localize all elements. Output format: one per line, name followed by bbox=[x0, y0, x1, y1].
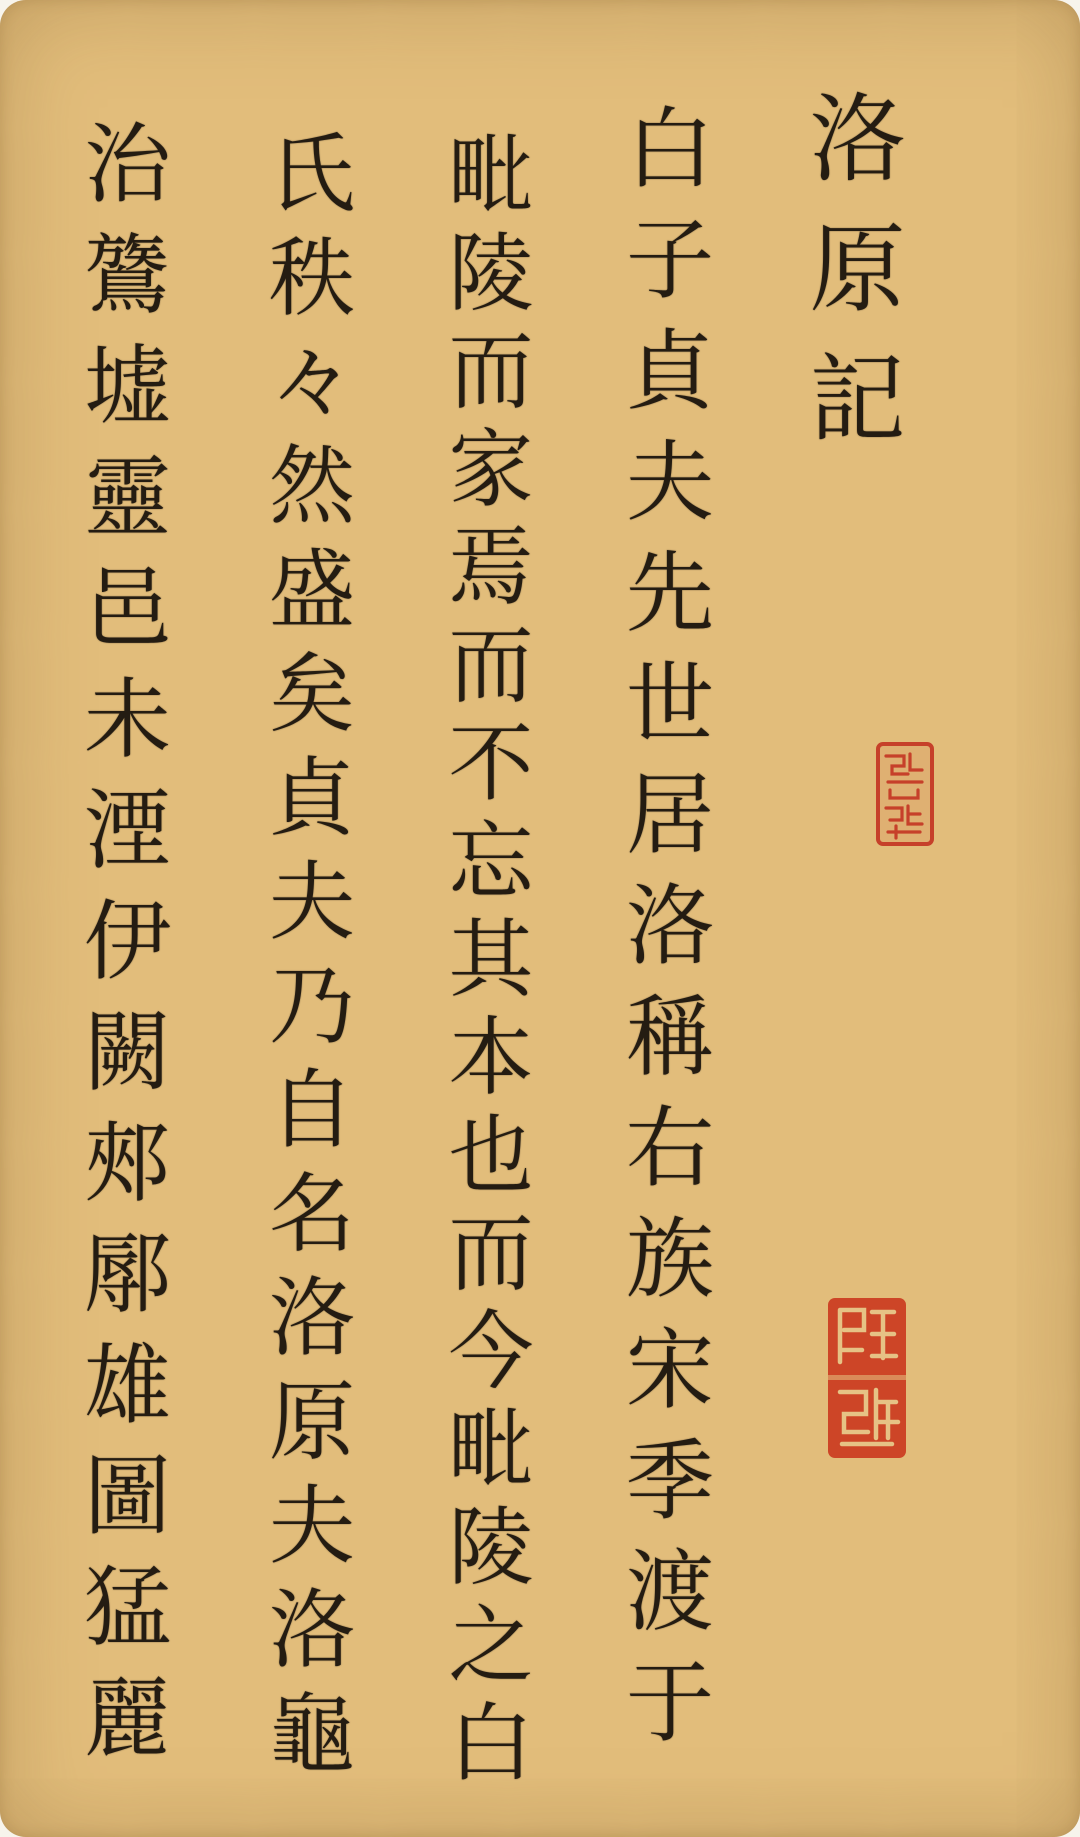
title-column: 洛原記 bbox=[782, 88, 919, 478]
collector-seal-lower bbox=[828, 1298, 906, 1458]
text-column-2: 毗陵而家焉而不忘其本也而今毗陵之白 bbox=[422, 130, 544, 1796]
text-column-3: 氏秩々然盛矣貞夫乃自名洛原夫洛龜 bbox=[242, 128, 366, 1792]
text-column-1: 白子貞夫先世居洛稱右族宋季渡于 bbox=[600, 102, 726, 1767]
collector-seal-upper bbox=[876, 742, 934, 846]
manuscript-page: 洛原記 白子貞夫先世居洛稱右族宋季渡于 毗陵而家焉而不忘其本也而今毗陵之白 氏秩… bbox=[0, 0, 1080, 1837]
text-column-4: 治鷟墟靈邑未湮伊闕郟鄏雄圖猛麗 bbox=[58, 118, 183, 1783]
seal-lower-graphic bbox=[828, 1298, 906, 1458]
seal-upper-graphic bbox=[876, 742, 934, 846]
